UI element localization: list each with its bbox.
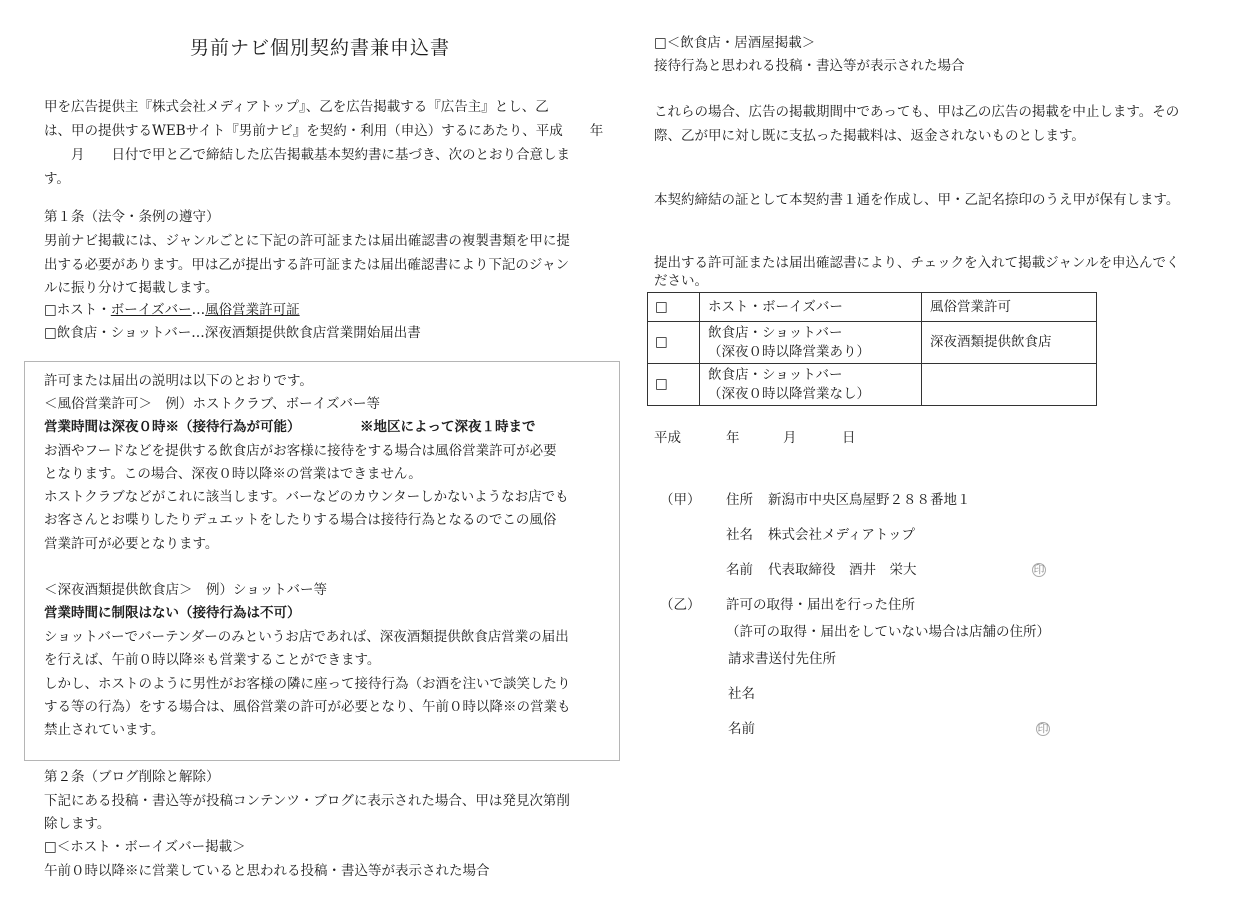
shinya-body-line: しかし、ホストのように男性がお客様の隣に座って接待行為（お酒を注いで談笑したり xyxy=(44,672,571,696)
party-a-address-label: 住所 xyxy=(726,488,753,512)
intro-line: 月 日付で甲と乙で締結した広告掲載基本契約書に基づき、次のとおり合意しま xyxy=(44,143,570,167)
intro-line: 甲を広告提供主『株式会社メディアトップ』、乙を広告掲載する『広告主』とし、乙 xyxy=(44,95,549,119)
party-a-address: 新潟市中央区鳥屋野２８８番地１ xyxy=(768,488,971,512)
date-era: 平成 xyxy=(654,426,681,450)
article-2-heading: 第２条（ブログ削除と解除） xyxy=(44,765,220,789)
fuzoku-hours: 営業時間は深夜０時※（接待行為が可能） xyxy=(44,415,301,439)
fuzoku-heading: ＜風俗営業許可＞ 例）ホストクラブ、ボーイズバー等 xyxy=(44,392,380,416)
genre-line1: 飲食店・ショットバー xyxy=(708,366,913,385)
genre-line2: （深夜０時以降営業なし） xyxy=(708,385,913,404)
closing-statement: 本契約締結の証として本契約書１通を作成し、甲・乙記名捺印のうえ甲が保有します。 xyxy=(654,188,1179,212)
shinya-body-line: する等の行為）をする場合は、風俗営業の許可が必要となり、午前０時以降※の営業も xyxy=(44,695,571,719)
genre-item-host-genre: ボーイズバー xyxy=(111,302,192,318)
case-izakaya-label: □＜飲食店・居酒屋掲載＞ xyxy=(654,31,815,55)
date-day: 日 xyxy=(842,426,856,450)
shinya-body-line: ショットバーでバーテンダーのみというお店であれば、深夜酒類提供飲食店営業の届出 xyxy=(44,625,569,649)
document-title: 男前ナビ個別契約書兼申込書 xyxy=(0,33,640,60)
case-host-label: □＜ホスト・ボーイズバー掲載＞ xyxy=(44,835,246,859)
permit-cell: 深夜酒類提供飲食店 xyxy=(922,322,1097,364)
shinya-body-line: を行えば、午前０時以降※も営業することができます。 xyxy=(44,648,380,672)
genre-item-bar: □飲食店・ショットバー…深夜酒類提供飲食店営業開始届出書 xyxy=(44,321,421,345)
genre-item-host-permit: 風俗営業許可証 xyxy=(205,302,300,318)
consequence-line: 際、乙が甲に対し既に支払った掲載料は、返金されないものとします。 xyxy=(654,124,1085,148)
party-a-company-label: 社名 xyxy=(726,523,753,547)
article-2-body-line: 除します。 xyxy=(44,812,110,836)
article-1-body-line: ルに振り分けて掲載します。 xyxy=(44,276,218,300)
genre-item-host-prefix: □ホスト・ xyxy=(44,302,111,318)
intro-line: す。 xyxy=(44,167,70,191)
fuzoku-body-line: お客さんとお喋りしたりデュエットをしたりする場合は接待行為となるのでこの風俗 xyxy=(44,508,556,532)
genre-item-host: □ホスト・ボーイズバー…風俗営業許可証 xyxy=(44,298,300,322)
consequence-line: これらの場合、広告の掲載期間中であっても、甲は乙の広告の掲載を中止します。その xyxy=(654,100,1179,124)
article-1-body-line: 出する必要があります。甲は乙が提出する許可証または届出確認書により下記のジャン xyxy=(44,253,569,277)
genre-line1: ホスト・ボーイズバー xyxy=(708,298,913,317)
case-host-text: 午前０時以降※に営業していると思われる投稿・書込等が表示された場合 xyxy=(44,859,490,883)
shinya-heading: ＜深夜酒類提供飲食店＞ 例）ショットバー等 xyxy=(44,578,327,602)
table-row: □ 飲食店・ショットバー （深夜０時以降営業あり） 深夜酒類提供飲食店 xyxy=(648,322,1097,364)
genre-checkbox[interactable]: □ xyxy=(648,364,700,406)
seal-icon: 印 xyxy=(1032,563,1046,577)
party-a-name: 代表取締役 酒井 栄大 xyxy=(768,558,917,582)
genre-cell: ホスト・ボーイズバー xyxy=(700,293,922,322)
date-year: 年 xyxy=(726,426,740,450)
date-month: 月 xyxy=(783,426,797,450)
fuzoku-body-line: ホストクラブなどがこれに該当します。バーなどのカウンターしかないようなお店でも xyxy=(44,485,569,509)
permit-cell: 風俗営業許可 xyxy=(922,293,1097,322)
permit-cell xyxy=(922,364,1097,406)
genre-line2: （深夜０時以降営業あり） xyxy=(708,343,913,362)
table-row: □ 飲食店・ショットバー （深夜０時以降営業なし） xyxy=(648,364,1097,406)
fuzoku-body-line: お酒やフードなどを提供する飲食店がお客様に接待をする場合は風俗営業許可が必要 xyxy=(44,439,557,463)
genre-line1: 飲食店・ショットバー xyxy=(708,324,913,343)
party-b-billing-label: 請求書送付先住所 xyxy=(728,647,836,671)
shinya-hours: 営業時間に制限はない（接待行為は不可） xyxy=(44,601,301,625)
article-1-heading: 第１条（法令・条例の遵守） xyxy=(44,205,220,229)
intro-line: は、甲の提供するWEBサイト『男前ナビ』を契約・利用（申込）するにあたり、平成 … xyxy=(44,119,603,143)
party-b-name-label: 名前 xyxy=(728,717,755,741)
article-1-body-line: 男前ナビ掲載には、ジャンルごとに下記の許可証または届出確認書の複製書類を甲に提 xyxy=(44,229,570,253)
seal-icon: 印 xyxy=(1036,722,1050,736)
fuzoku-body-line: 営業許可が必要となります。 xyxy=(44,532,218,556)
genre-checkbox[interactable]: □ xyxy=(648,293,700,322)
party-b-address-label: 許可の取得・届出を行った住所 xyxy=(726,593,915,617)
party-b-company-label: 社名 xyxy=(728,682,755,706)
instruction-line: 提出する許可証または届出確認書により、チェックを入れて掲載ジャンルを申込んでく xyxy=(654,251,1180,275)
party-a-label: （甲） xyxy=(660,488,701,512)
genre-cell: 飲食店・ショットバー （深夜０時以降営業なし） xyxy=(700,364,922,406)
shinya-body-line: 禁止されています。 xyxy=(44,718,164,742)
table-row: □ ホスト・ボーイズバー 風俗営業許可 xyxy=(648,293,1097,322)
fuzoku-body-line: となります。この場合、深夜０時以降※の営業はできません。 xyxy=(44,462,422,486)
party-a-company: 株式会社メディアトップ xyxy=(768,523,915,547)
genre-item-host-separator: … xyxy=(192,302,206,318)
genre-cell: 飲食店・ショットバー （深夜０時以降営業あり） xyxy=(700,322,922,364)
article-2-body-line: 下記にある投稿・書込等が投稿コンテンツ・ブログに表示された場合、甲は発見次第削 xyxy=(44,789,570,813)
fuzoku-note: ※地区によって深夜１時まで xyxy=(360,415,536,439)
case-izakaya-text: 接待行為と思われる投稿・書込等が表示された場合 xyxy=(654,54,965,78)
genre-table: □ ホスト・ボーイズバー 風俗営業許可 □ 飲食店・ショットバー （深夜０時以降… xyxy=(647,292,1097,406)
genre-checkbox[interactable]: □ xyxy=(648,322,700,364)
party-b-label: （乙） xyxy=(660,593,701,617)
explanation-intro: 許可または届出の説明は以下のとおりです。 xyxy=(44,369,313,393)
instruction-line: ださい。 xyxy=(654,271,708,291)
party-a-name-label: 名前 xyxy=(726,558,753,582)
party-b-address-note: （許可の取得・届出をしていない場合は店舗の住所） xyxy=(726,620,1050,644)
